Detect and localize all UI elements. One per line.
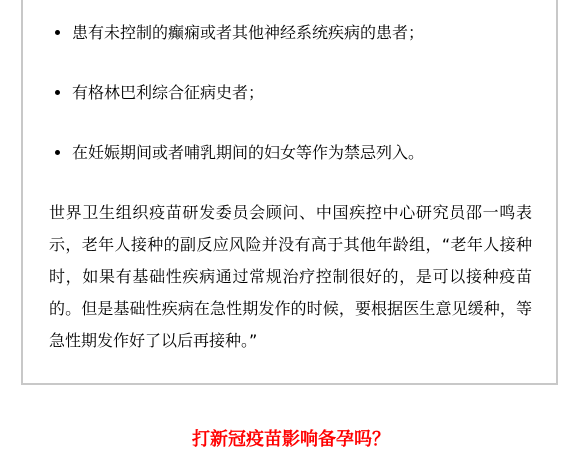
list-item: 有格林巴利综合征病史者； bbox=[72, 77, 532, 109]
article-page: 患有未控制的癫痫或者其他神经系统疾病的患者； 有格林巴利综合征病史者； 在妊娠期… bbox=[0, 0, 582, 459]
list-item: 患有未控制的癫痫或者其他神经系统疾病的患者； bbox=[72, 17, 532, 49]
expert-statement-paragraph: 世界卫生组织疫苗研发委员会顾问、中国疾控中心研究员邵一鸣表示，老年人接种的副反应… bbox=[49, 197, 532, 357]
contraindication-box: 患有未控制的癫痫或者其他神经系统疾病的患者； 有格林巴利综合征病史者； 在妊娠期… bbox=[21, 0, 558, 385]
list-item: 在妊娠期间或者哺乳期间的妇女等作为禁忌列入。 bbox=[72, 137, 532, 169]
contraindication-list: 患有未控制的癫痫或者其他神经系统疾病的患者； 有格林巴利综合征病史者； 在妊娠期… bbox=[49, 17, 532, 169]
section-heading: 打新冠疫苗影响备孕吗？ bbox=[0, 429, 582, 451]
